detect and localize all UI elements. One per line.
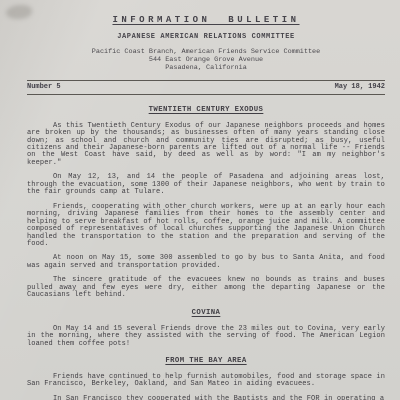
scanned-bulletin-page: INFORMATION BULLETIN JAPANESE AMERICAN R… <box>0 0 400 400</box>
section-heading: TWENTIETH CENTURY EXODUS <box>27 106 385 114</box>
paragraph: At noon on May 15, some 300 assembled to… <box>27 255 385 270</box>
paragraph: The sincere gratitude of the evacuees kn… <box>27 277 385 299</box>
section-heading: FROM THE BAY AREA <box>27 357 385 365</box>
section-covina: COVINA On May 14 and 15 several Friends … <box>27 309 385 348</box>
paragraph: On May 12, 13, and 14 the people of Pasa… <box>27 174 385 196</box>
section-from-the-bay-area: FROM THE BAY AREA Friends have continued… <box>27 357 385 400</box>
org-city-line: Pasadena, California <box>27 64 385 72</box>
issue-number: Number 5 <box>27 83 61 91</box>
section-heading: COVINA <box>27 309 385 317</box>
issue-bar: Number 5 May 18, 1942 <box>27 80 385 95</box>
paragraph: In San Francisco they cooperated with th… <box>27 396 385 400</box>
committee-name: JAPANESE AMERICAN RELATIONS COMMITTEE <box>27 33 385 41</box>
masthead: INFORMATION BULLETIN JAPANESE AMERICAN R… <box>27 15 385 73</box>
issue-date: May 18, 1942 <box>335 83 385 91</box>
org-branch-line: Pacific Coast Branch, American Friends S… <box>27 48 385 56</box>
paragraph: As this Twentieth Century Exodus of our … <box>27 123 385 168</box>
paragraph: Friends, cooperating with other church w… <box>27 204 385 249</box>
org-address-line: 544 East Orange Grove Avenue <box>27 56 385 64</box>
bulletin-title: INFORMATION BULLETIN <box>27 15 385 25</box>
paragraph: Friends have continued to help furnish a… <box>27 374 385 389</box>
paragraph: On May 14 and 15 several Friends drove t… <box>27 326 385 348</box>
section-twentieth-century-exodus: TWENTIETH CENTURY EXODUS As this Twentie… <box>27 106 385 300</box>
